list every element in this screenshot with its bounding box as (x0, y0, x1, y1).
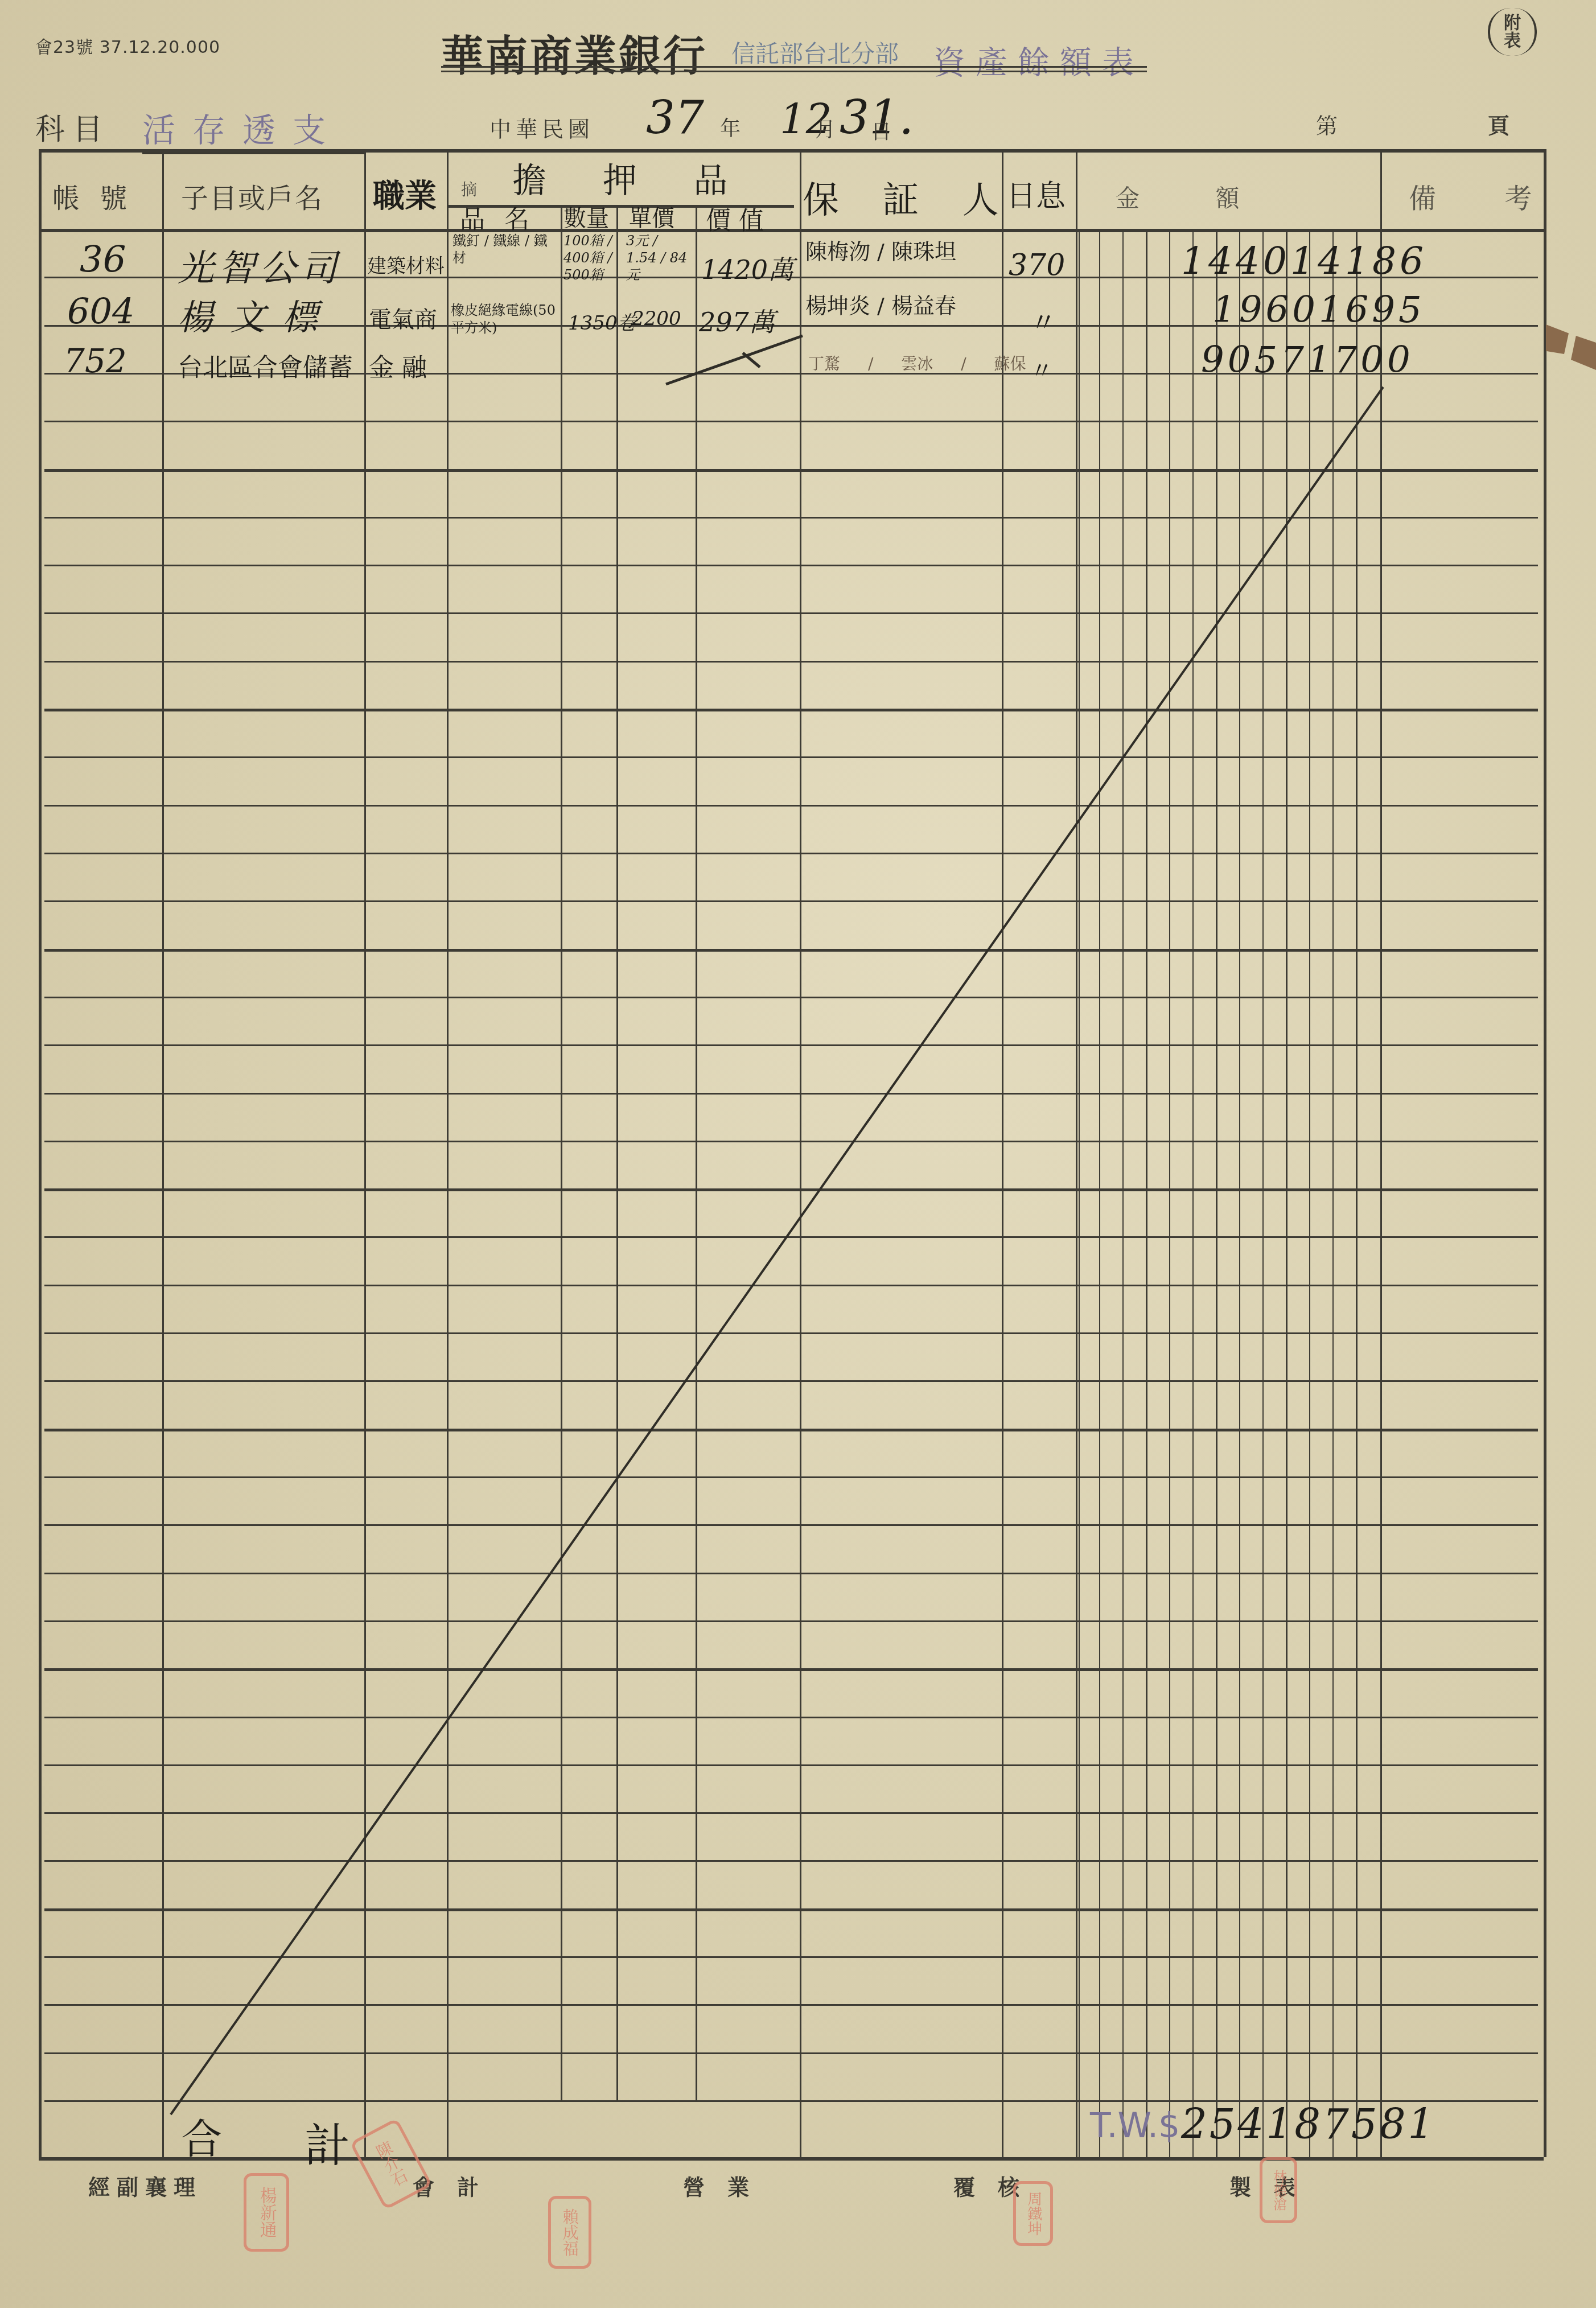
grid-line (1079, 229, 1080, 2157)
grid-line (616, 205, 618, 2100)
seal-accounting-text: 陳介石 (372, 2139, 409, 2189)
grid-line (44, 1668, 1538, 1671)
header-daily-interest: 日息 (1006, 172, 1066, 215)
row-1-guarantor: 陳梅沕 / 陳珠坦 (805, 239, 993, 265)
grid-line (39, 149, 42, 2157)
row-2-occupation: 電氣商 (369, 302, 437, 334)
grid-line (44, 661, 1538, 663)
header-quantity: 數量 (563, 200, 609, 233)
grid-line (1169, 229, 1170, 2157)
row-1-quantity: 100箱 / 400箱 / 500箱 (563, 232, 620, 283)
seal-business: 賴成福 (548, 2196, 591, 2269)
row-2-unit-price: 2200 (632, 307, 681, 330)
row-2-item-name: 橡皮絕緣電線(50平方米) (451, 302, 559, 337)
currency-stamp: T.W.$ (1090, 2106, 1180, 2146)
grid-line (1076, 149, 1077, 2157)
grid-line (44, 2052, 1538, 2054)
header-item-name: 品 名 (460, 199, 535, 236)
grid-line (44, 421, 1538, 422)
grid-line (44, 1236, 1538, 1238)
seal-manager-text: 楊新通 (257, 2187, 275, 2238)
grid-line (39, 229, 1544, 232)
grid-line (39, 149, 1544, 153)
row-1-daily-interest: 370 (1009, 248, 1065, 282)
grid-line (1239, 229, 1240, 2157)
header-sub-item-name: 子目或戶名 (181, 176, 323, 216)
row-1-amount: 144014186 (1181, 239, 1427, 283)
total-label-left: 合 (181, 2106, 222, 2165)
grid-line (44, 1093, 1538, 1095)
grid-line (1216, 229, 1217, 2157)
grid-line (44, 1908, 1538, 1911)
grid-line (1192, 229, 1194, 2157)
grid-line (696, 205, 697, 2100)
signature-label-manager: 經副襄理 (88, 2170, 202, 2201)
row-2-daily-interest: 〃 (1030, 302, 1056, 339)
header-collateral-group: 擔 押 品 (512, 154, 750, 203)
row-1-name: 光智公司 (178, 239, 342, 291)
grid-line (44, 2004, 1538, 2006)
grid-line (44, 1380, 1538, 1382)
grid-line (44, 1044, 1538, 1046)
grid-line (44, 1188, 1538, 1191)
grid-line (44, 900, 1538, 902)
grid-line (44, 1764, 1538, 1766)
grid-line (1380, 149, 1382, 2157)
grid-line (44, 1524, 1538, 1526)
grid-line (1332, 229, 1334, 2157)
row-3-account-no: 752 (64, 342, 127, 380)
seal-prepared-by-text: 林德滄 (1271, 2170, 1285, 2211)
grid-line (1099, 229, 1100, 2157)
grid-line (44, 1812, 1538, 1814)
row-2-name: 楊文標 (178, 289, 335, 340)
grid-line (44, 1332, 1538, 1334)
grid-line (44, 1476, 1538, 1478)
grid-line (1146, 229, 1147, 2157)
grid-line (44, 517, 1538, 519)
grid-line (44, 1956, 1538, 1958)
header-occupation: 職業 (373, 171, 437, 216)
grid-line (44, 612, 1538, 614)
row-1-occupation: 建築材料 (367, 250, 445, 278)
grid-line (1262, 229, 1264, 2157)
seal-business-text: 賴成福 (561, 2208, 578, 2256)
row-1-value: 1420萬 (701, 249, 794, 287)
row-3-guarantor: 丁騖 / 雲冰 / 蘇保 (808, 352, 996, 375)
seal-review: 周鐵坤 (1013, 2181, 1053, 2246)
row-2-amount: 19601695 (1212, 289, 1425, 331)
grid-line (44, 1620, 1538, 1622)
grid-line (44, 1717, 1538, 1718)
row-3-name: 台北區合會儲蓄 (178, 347, 353, 384)
seal-manager: 楊新通 (244, 2173, 289, 2252)
grid-line (447, 149, 449, 2157)
signature-label-business: 營業 (683, 2170, 772, 2201)
grid-line (1286, 229, 1288, 2157)
header-guarantor: 保 証 人 (803, 171, 1015, 223)
seal-prepared-by: 林德滄 (1260, 2157, 1297, 2223)
grid-line (162, 149, 164, 2157)
grid-line (561, 205, 562, 2100)
grid-line (44, 997, 1538, 998)
header-account-no: 帳 號 (52, 176, 133, 216)
row-1-item-name: 鐵釘 / 鐵線 / 鐵材 (453, 232, 555, 266)
grid-line (44, 1860, 1538, 1862)
grid-line (1356, 229, 1358, 2157)
grid-line (44, 756, 1538, 758)
row-2-quantity: 1350卷 (568, 307, 637, 335)
grid-line (1309, 229, 1310, 2157)
row-3-daily-interest: 〃 (1030, 353, 1053, 385)
grid-line (44, 1573, 1538, 1574)
grid-line (44, 853, 1538, 854)
row-3-amount: 90571700 (1201, 339, 1414, 381)
row-1-unit-price: 3元 / 1.54 / 84元 (626, 232, 689, 283)
grid-line (364, 149, 366, 2157)
total-label-right: 計 (305, 2109, 350, 2174)
total-amount: 254187581 (1181, 2100, 1436, 2148)
header-remarks: 備 考 (1409, 176, 1549, 216)
row-2-account-no: 604 (67, 290, 134, 332)
header-amount: 金 額 (1116, 180, 1240, 214)
grid-line (44, 469, 1538, 472)
grid-line (44, 565, 1538, 566)
grid-line (44, 949, 1538, 952)
header-unit-price: 單價 (629, 200, 674, 233)
seal-review-text: 周鐵坤 (1025, 2191, 1040, 2236)
grid-line (1002, 149, 1003, 2157)
row-2-guarantor: 楊坤炎 / 楊益春 (805, 293, 993, 319)
row-1-account-no: 36 (80, 239, 126, 281)
grid-line (44, 709, 1538, 711)
grid-line (39, 2157, 1544, 2161)
header-collateral-summary: 摘 (461, 178, 477, 200)
grid-line (800, 149, 801, 2157)
grid-line (44, 805, 1538, 807)
grid-line (44, 1141, 1538, 1142)
row-2-value: 297萬 (699, 302, 775, 339)
header-value: 價值 (706, 200, 772, 237)
grid-line (44, 1429, 1538, 1431)
grid-line (1544, 149, 1546, 2157)
grid-line (1122, 229, 1124, 2157)
grid-line (44, 1285, 1538, 1286)
row-3-occupation: 金融 (369, 347, 435, 384)
